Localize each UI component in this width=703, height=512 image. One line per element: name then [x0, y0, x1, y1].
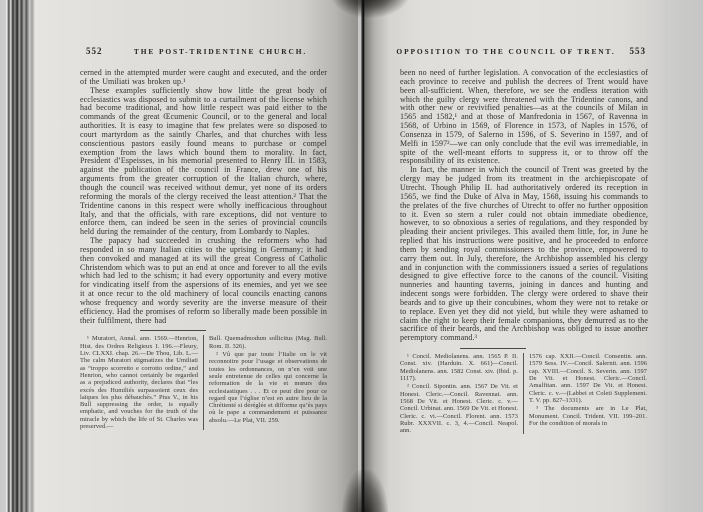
left-body-text: cerned in the attempted murder were caug… [80, 69, 327, 325]
left-page-number: 552 [86, 46, 103, 56]
footnote-separator-rule [460, 348, 526, 349]
footnote-continuation: Bull. Quemadmodum sollicitus (Mag. Bull.… [209, 335, 327, 350]
left-footnotes: ¹ Muratori, Annal. ann. 1569.—Henrion, H… [80, 335, 327, 430]
right-footnotes: ¹ Concil. Mediolanens. ann. 1565 P. II. … [400, 353, 648, 434]
book-page-edges [0, 0, 40, 512]
left-footnote-column-2: Bull. Quemadmodum sollicitus (Mag. Bull.… [203, 335, 327, 430]
left-running-head: 552 THE POST-TRIDENTINE CHURCH. [80, 46, 327, 58]
footnote: ² Vû que par toute l’Italie on le vit re… [209, 351, 327, 424]
right-running-head: OPPOSITION TO THE COUNCIL OF TRENT. 553 [400, 46, 648, 58]
paragraph: These examples sufficiently show how lit… [80, 87, 327, 237]
footnote: ¹ Concil. Mediolanens. ann. 1565 P. II. … [400, 353, 518, 382]
left-running-title: THE POST-TRIDENTINE CHURCH. [108, 47, 333, 56]
left-footnote-column-1: ¹ Muratori, Annal. ann. 1569.—Henrion, H… [80, 335, 198, 430]
right-page: OPPOSITION TO THE COUNCIL OF TRENT. 553 … [365, 0, 668, 512]
footnote-continuation: 1576 cap. XXII.—Concil. Consentin. ann. … [529, 353, 647, 404]
paragraph: In fact, the manner in which the council… [400, 166, 648, 343]
paragraph: been no need of further legislation. A c… [400, 69, 648, 166]
book-gutter [361, 0, 365, 512]
footnote: ¹ Muratori, Annal. ann. 1569.—Henrion, H… [80, 335, 198, 430]
right-body-text: been no need of further legislation. A c… [400, 69, 648, 343]
gutter-bottom-shadow [342, 470, 388, 512]
paragraph: The papacy had succeeded in crushing the… [80, 237, 327, 325]
footnote: ² Concil. Sipontin. ann. 1567 De Vit. et… [400, 383, 518, 434]
left-page: 552 THE POST-TRIDENTINE CHURCH. cerned i… [38, 0, 358, 512]
gutter-top-shadow [330, 0, 410, 18]
right-page-number: 553 [630, 46, 647, 56]
footnote-separator-rule [140, 330, 206, 331]
right-running-title: OPPOSITION TO THE COUNCIL OF TRENT. [394, 47, 618, 56]
paragraph: cerned in the attempted murder were caug… [80, 69, 327, 87]
right-page-edge [668, 0, 703, 512]
right-footnote-column-2: 1576 cap. XXII.—Concil. Consentin. ann. … [523, 353, 647, 434]
footnote: ³ The documents are in Le Plat, Monument… [529, 405, 647, 427]
book-spread: 552 THE POST-TRIDENTINE CHURCH. cerned i… [0, 0, 703, 512]
right-footnote-column-1: ¹ Concil. Mediolanens. ann. 1565 P. II. … [400, 353, 518, 434]
